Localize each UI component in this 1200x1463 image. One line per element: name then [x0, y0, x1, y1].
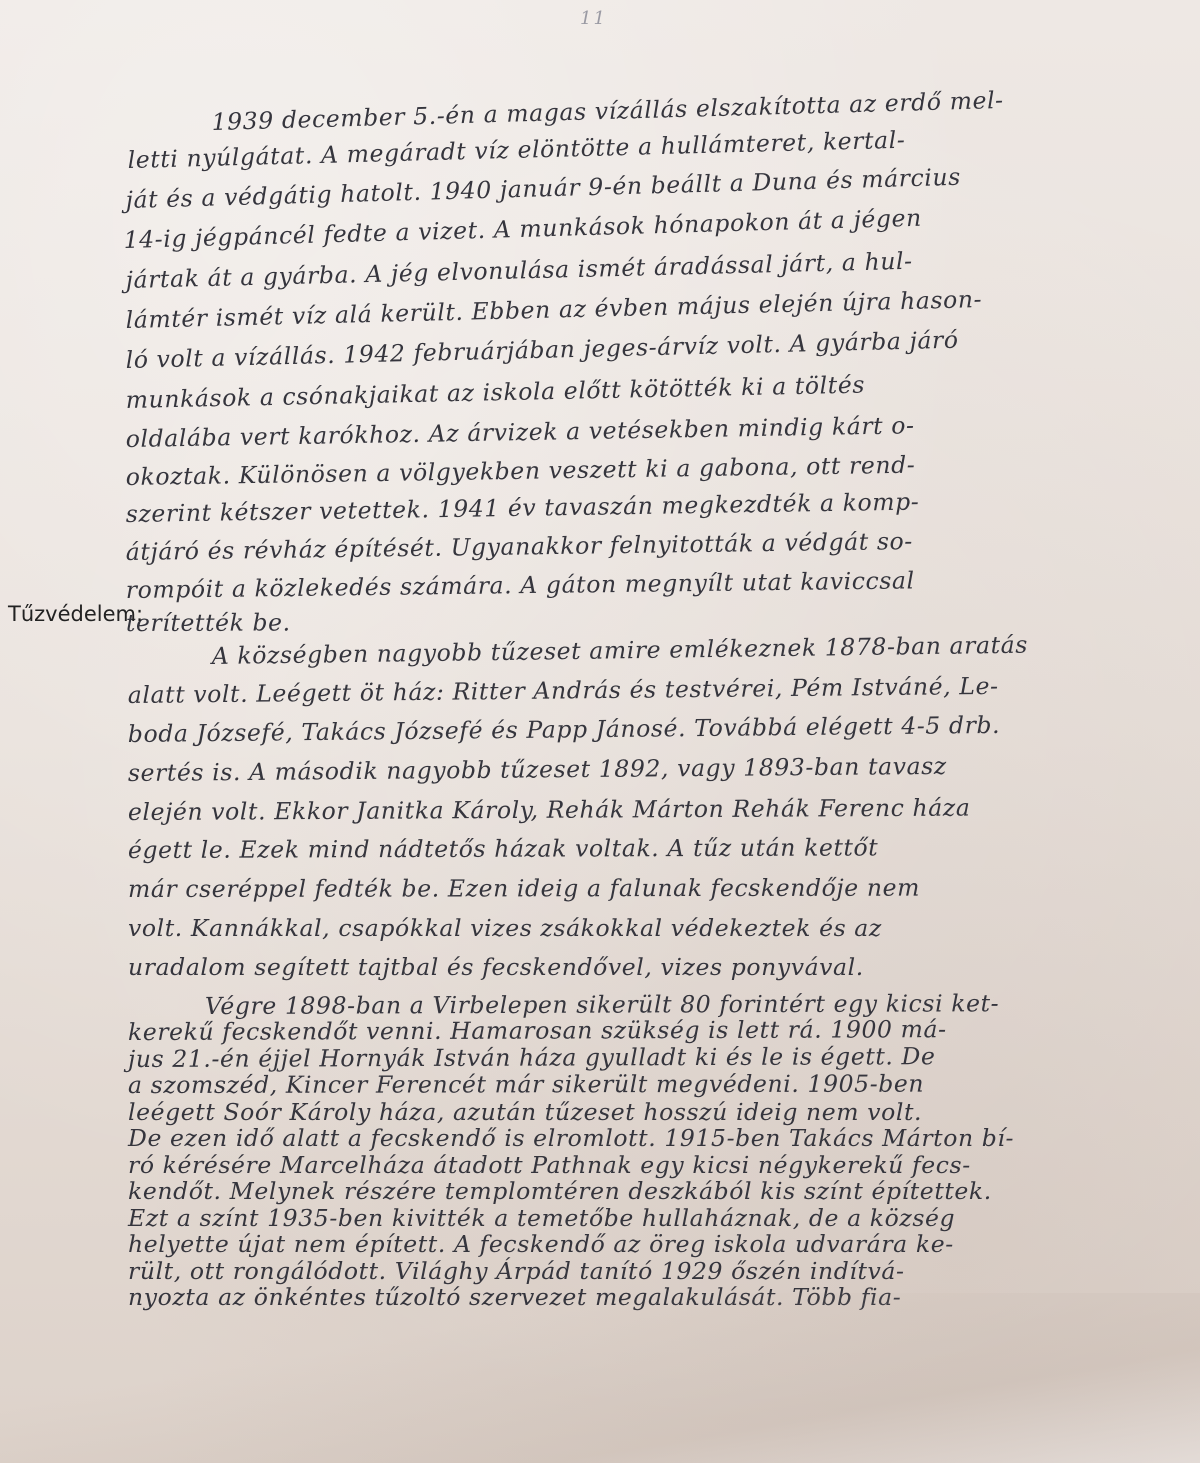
- text-line: boda Józsefé, Takács Józsefé és Papp Ján…: [128, 711, 1001, 748]
- text-line: Ezt a színt 1935-ben kivitték a temetőbe…: [128, 1204, 955, 1232]
- text-line: jártak át a gyárba. A jég elvonulása ism…: [125, 247, 913, 294]
- text-line: szerint kétszer vetettek. 1941 év tavasz…: [126, 488, 920, 528]
- text-line: a szomszéd, Kincer Ferencét már sikerült…: [128, 1070, 924, 1099]
- text-line: terítették be.: [126, 608, 291, 637]
- text-line: kendőt. Melynek részére templomtéren des…: [128, 1177, 992, 1205]
- page-number: 11: [580, 8, 607, 29]
- text-line: kerekű fecskendőt venni. Hamarosan szüks…: [128, 1015, 947, 1046]
- text-line: okoztak. Különösen a völgyekben veszett …: [126, 451, 916, 491]
- text-line: sertés is. A második nagyobb tűzeset 189…: [128, 752, 947, 787]
- text-line: A községben nagyobb tűzeset amire emléke…: [212, 631, 1028, 670]
- text-line: égett le. Ezek mind nádtetős házak volta…: [128, 833, 878, 864]
- text-line: alatt volt. Leégett öt ház: Ritter Andrá…: [128, 672, 999, 709]
- section-heading-fire-protection: Tűzvédelem:: [8, 602, 143, 626]
- text-line: ró kérésére Marcelháza átadott Pathnak e…: [128, 1151, 971, 1179]
- text-line: munkások a csónakjaikat az iskola előtt …: [125, 371, 865, 414]
- text-line: lámtér ismét víz alá került. Ebben az év…: [125, 285, 982, 334]
- text-line: ló volt a vízállás. 1942 februárjában je…: [125, 326, 959, 374]
- text-line: helyette újat nem épített. A fecskendő a…: [128, 1230, 954, 1258]
- text-line: már cseréppel fedték be. Ezen ideig a fa…: [128, 874, 920, 903]
- text-line: uradalom segített tajtbal és fecskendőve…: [128, 953, 864, 981]
- text-line: oldalába vert karókhoz. Az árvizek a vet…: [126, 411, 915, 453]
- text-line: rompóit a közlekedés számára. A gáton me…: [126, 566, 915, 604]
- text-line: nyozta az önkéntes tűzoltó szervezet meg…: [128, 1283, 901, 1311]
- text-line: 14-ig jégpáncél fedte a vizet. A munkáso…: [123, 204, 922, 254]
- text-line: rült, ott rongálódott. Világhy Árpád tan…: [128, 1257, 905, 1285]
- handwritten-page: 11 1939 december 5.-én a magas vízállás …: [0, 0, 1200, 1463]
- text-line: átjáró és révház építését. Ugyanakkor fe…: [126, 527, 913, 566]
- text-line: leégett Soór Károly háza, azután tűzeset…: [128, 1098, 922, 1126]
- text-line: volt. Kannákkal, csapókkal vizes zsákokk…: [128, 914, 882, 942]
- text-line: jus 21.-én éjjel Hornyák István háza gyu…: [128, 1042, 936, 1073]
- text-line: elején volt. Ekkor Janitka Károly, Rehák…: [128, 794, 971, 826]
- text-line: De ezen idő alatt a fecskendő is elromlo…: [128, 1124, 1014, 1152]
